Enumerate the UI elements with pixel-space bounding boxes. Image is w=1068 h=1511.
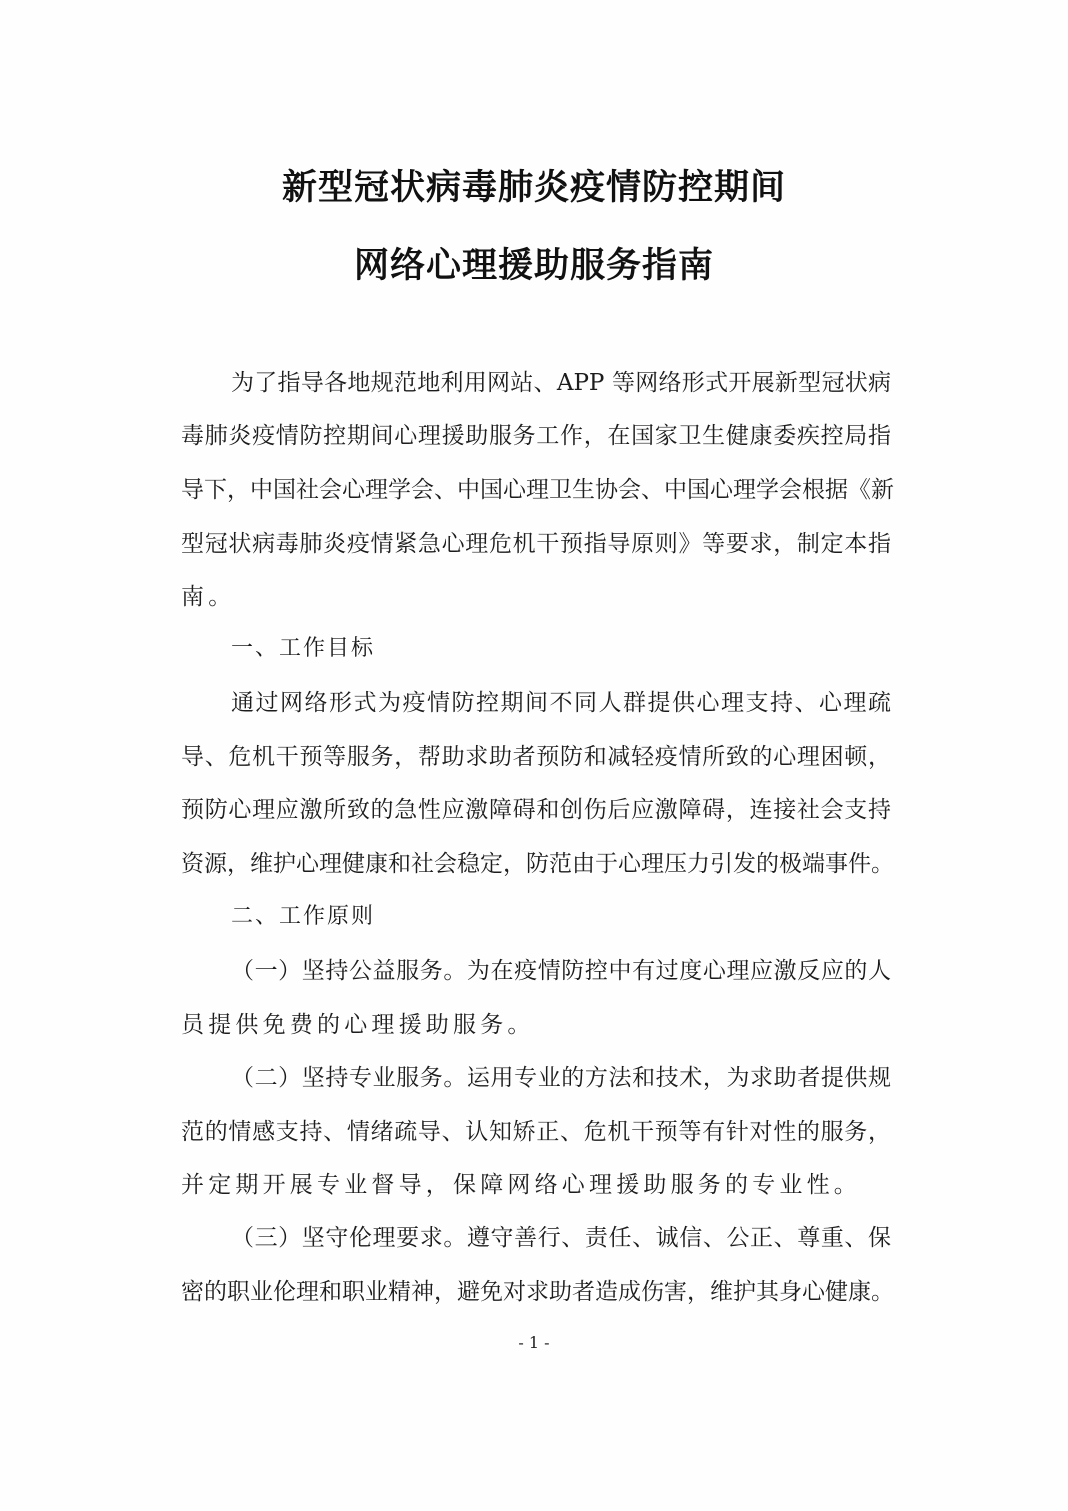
principle-2-line: 范的情感支持、情绪疏导、认知矫正、危机干预等有针对性的服务， bbox=[181, 1117, 891, 1147]
principle-2-line: （二）坚持专业服务。运用专业的方法和技术，为求助者提供规 bbox=[231, 1063, 891, 1093]
document-title-line-1: 新型冠状病毒肺炎疫情防控期间 bbox=[0, 160, 1068, 210]
intro-line: 南。 bbox=[181, 582, 891, 612]
section-1-line: 预防心理应激所致的急性应激障碍和创伤后应激障碍，连接社会支持 bbox=[181, 795, 891, 825]
section-1-line: 通过网络形式为疫情防控期间不同人群提供心理支持、心理疏 bbox=[231, 688, 891, 718]
principle-1-line: （一）坚持公益服务。为在疫情防控中有过度心理应激反应的人 bbox=[231, 956, 891, 986]
principle-2-line: 并定期开展专业督导，保障网络心理援助服务的专业性。 bbox=[181, 1170, 891, 1200]
section-1-line: 资源，维护心理健康和社会稳定，防范由于心理压力引发的极端事件。 bbox=[181, 849, 891, 879]
document-title-line-2: 网络心理援助服务指南 bbox=[0, 238, 1068, 288]
section-heading-principles: 二、工作原则 bbox=[231, 902, 375, 932]
section-1-line: 导、危机干预等服务，帮助求助者预防和减轻疫情所致的心理困顿， bbox=[181, 742, 891, 772]
principle-1-line: 员提供免费的心理援助服务。 bbox=[181, 1010, 891, 1040]
principle-3-line: （三）坚守伦理要求。遵守善行、责任、诚信、公正、尊重、保 bbox=[231, 1223, 891, 1253]
document-page: 新型冠状病毒肺炎疫情防控期间 网络心理援助服务指南 为了指导各地规范地利用网站、… bbox=[0, 0, 1068, 1511]
intro-line: 型冠状病毒肺炎疫情紧急心理危机干预指导原则》等要求，制定本指 bbox=[181, 529, 891, 559]
intro-line: 为了指导各地规范地利用网站、APP 等网络形式开展新型冠状病 bbox=[231, 368, 891, 398]
page-number: - 1 - bbox=[0, 1333, 1068, 1352]
section-heading-goals: 一、工作目标 bbox=[231, 634, 375, 664]
intro-line: 毒肺炎疫情防控期间心理援助服务工作，在国家卫生健康委疾控局指 bbox=[181, 421, 891, 451]
intro-line: 导下，中国社会心理学会、中国心理卫生协会、中国心理学会根据《新 bbox=[181, 475, 891, 505]
principle-3-line: 密的职业伦理和职业精神，避免对求助者造成伤害，维护其身心健康。 bbox=[181, 1277, 891, 1307]
